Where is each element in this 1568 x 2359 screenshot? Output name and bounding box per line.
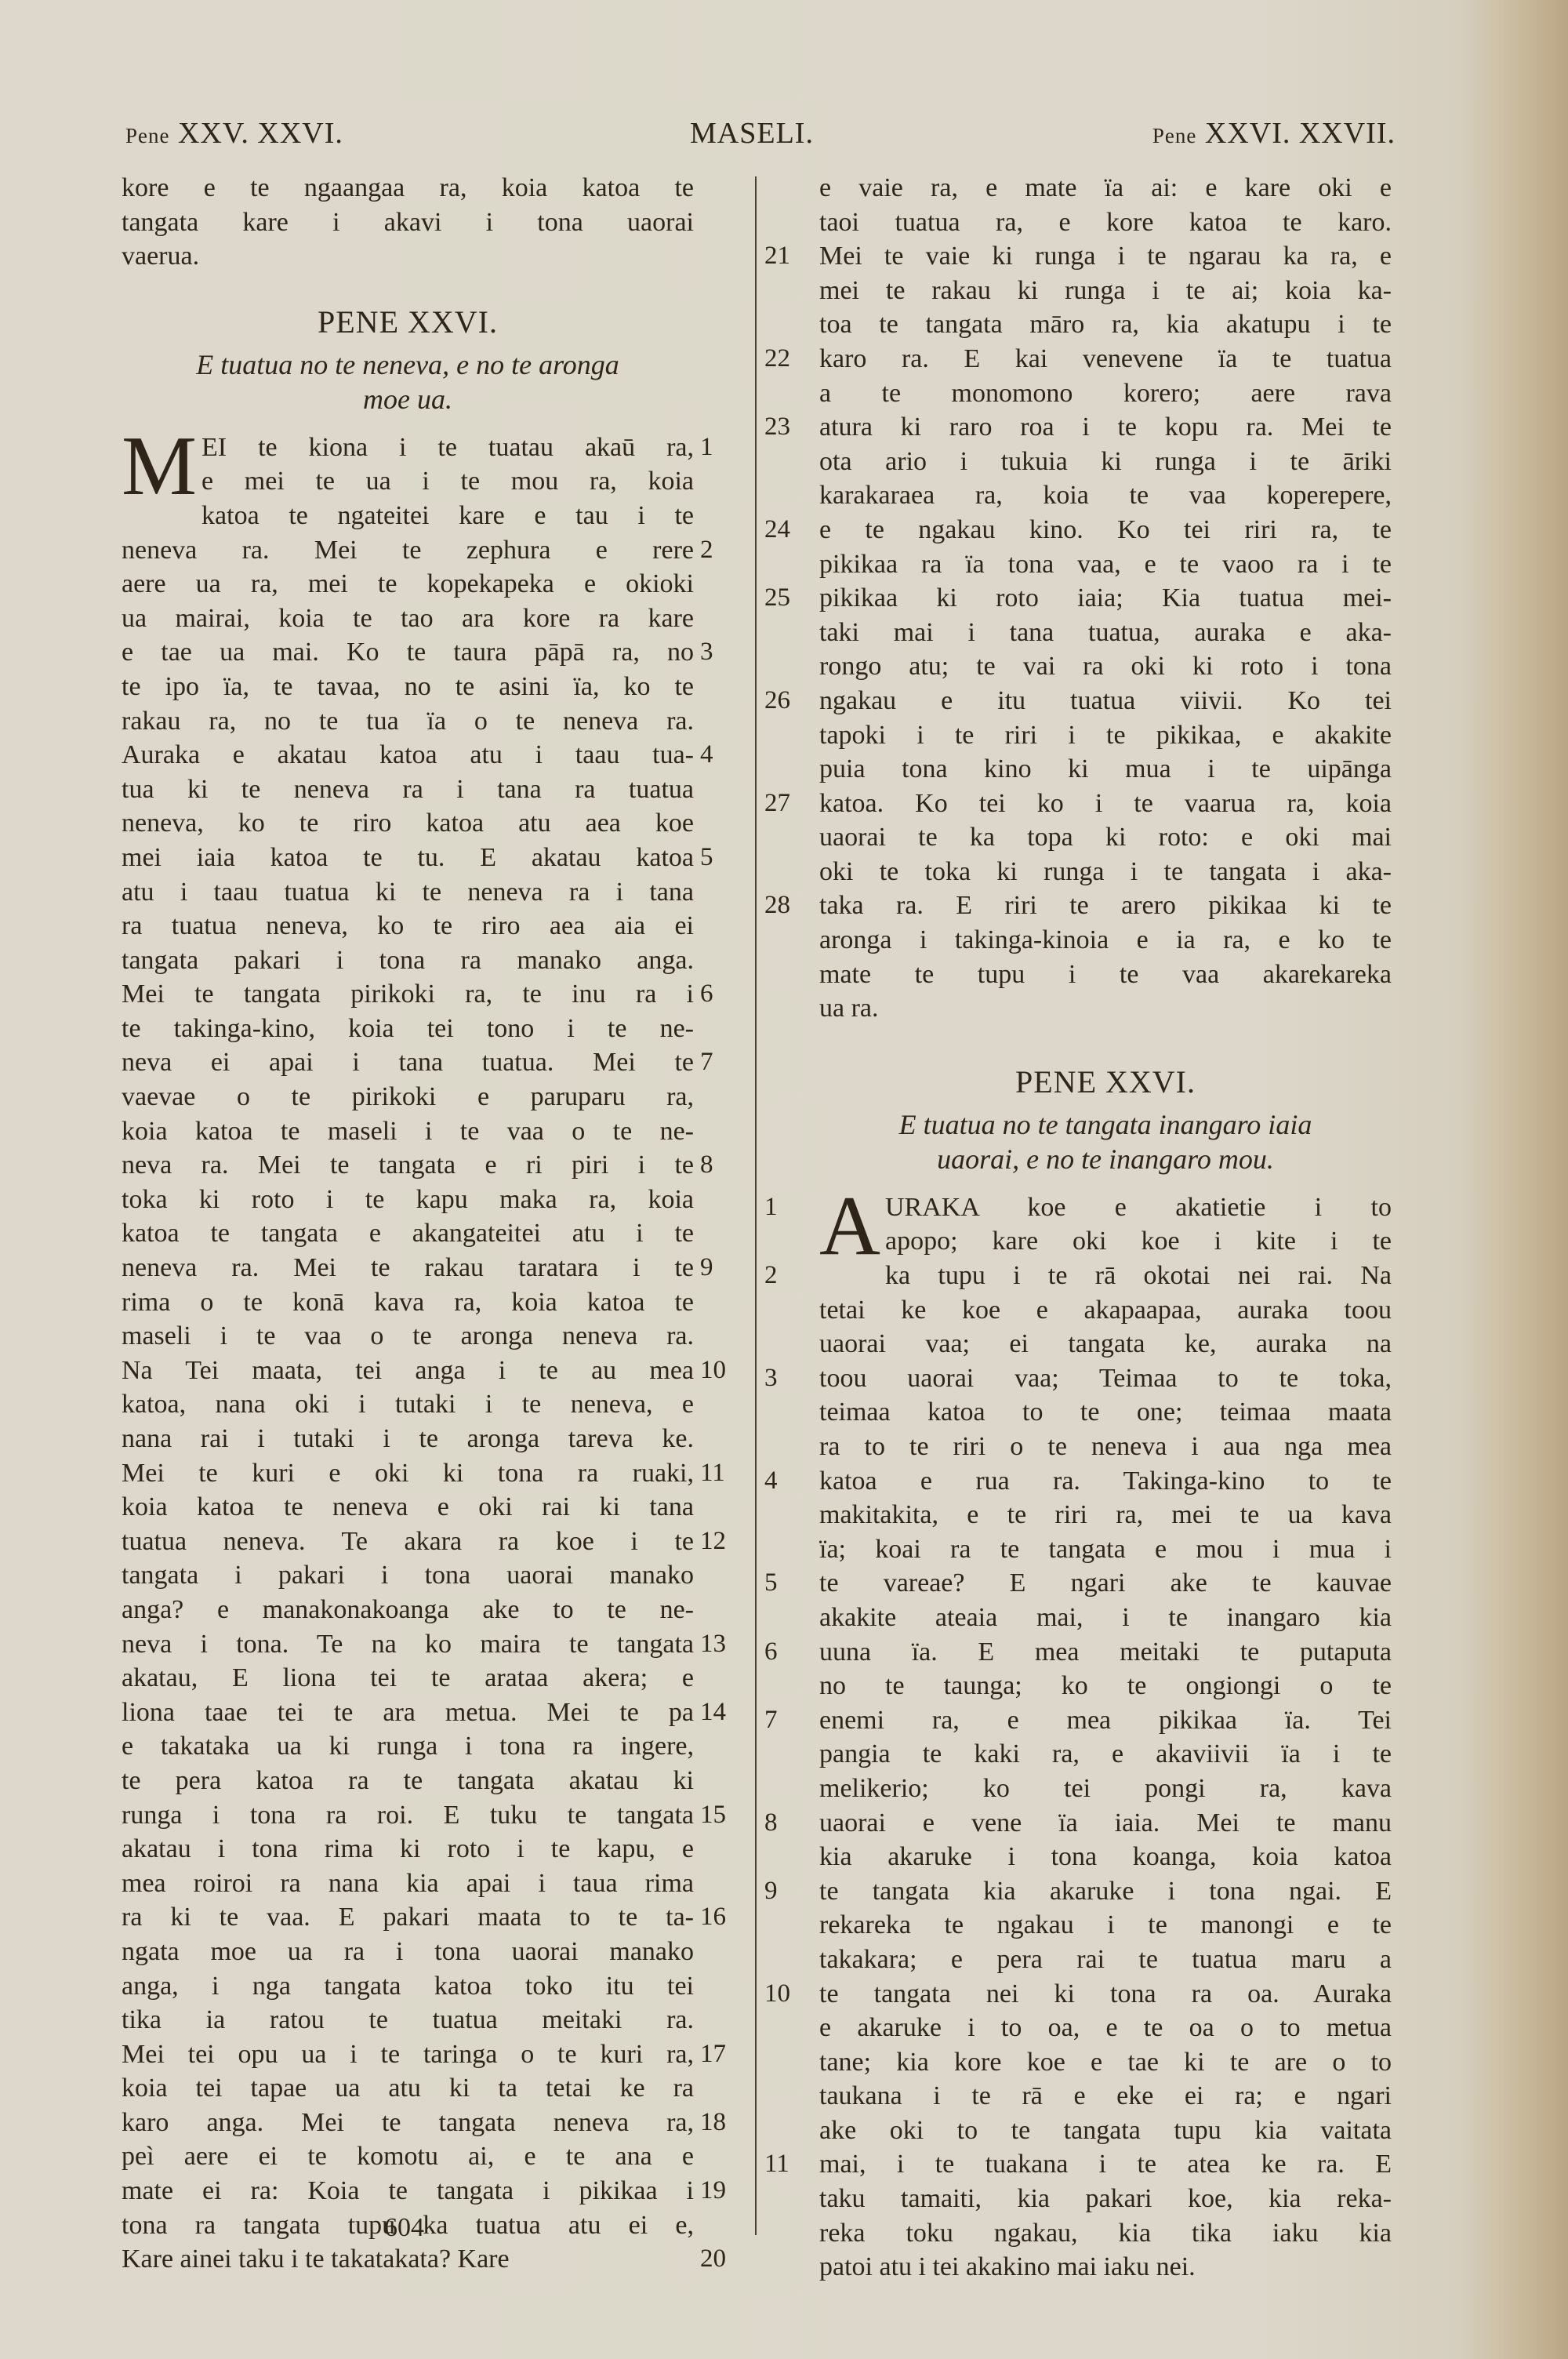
- line-text: melikerio; ko tei pongi ra, kava: [819, 1774, 1392, 1803]
- text-line: neva ei apai i tana tuatua. Mei te7: [122, 1045, 694, 1080]
- line-text: ua ra.: [819, 994, 879, 1023]
- text-line: EI te kiona i te tuatau akaū ra,1: [122, 431, 694, 465]
- text-line: taoi tuatua ra, e kore katoa te karo.: [819, 205, 1392, 240]
- line-text: ota ario i tukuia ki runga i te āriki: [819, 447, 1392, 476]
- verse-number: 6: [764, 1635, 811, 1670]
- text-line: e mei te ua i te mou ra, koia: [122, 464, 694, 499]
- line-text: pangia te kaki ra, e akaviivii ïa i te: [819, 1739, 1392, 1768]
- text-line: taukana i te rā e eke ei ra; e ngari: [819, 2079, 1392, 2114]
- line-text: koia katoa te maseli i te vaa o te ne-: [122, 1117, 694, 1146]
- line-text: akatau, E liona tei te arataa akera; e: [122, 1663, 694, 1692]
- text-line: patoi atu i tei akakino mai iaku nei.: [819, 2250, 1392, 2284]
- line-text: e mei te ua i te mou ra, koia: [201, 467, 694, 496]
- text-line: ngata moe ua ra i tona uaorai manako: [122, 1935, 694, 1969]
- text-line: e tae ua mai. Ko te taura pāpā ra, no3: [122, 635, 694, 670]
- text-line: neneva ra. Mei te zephura e rere2: [122, 533, 694, 568]
- verse-number: 22: [764, 342, 811, 376]
- text-line: tika ia ratou te tuatua meitaki ra.: [122, 2003, 694, 2037]
- text-line: pangia te kaki ra, e akaviivii ïa i te: [819, 1737, 1392, 1772]
- text-line: toou uaorai vaa; Teimaa to te toka,3: [819, 1361, 1392, 1396]
- text-line: toa te tangata māro ra, kia akatupu i te: [819, 307, 1392, 342]
- text-line: tapoki i te riri i te pikikaa, e akakite: [819, 718, 1392, 753]
- chapter-summary-line: moe ua.: [122, 382, 694, 416]
- chapter-body: AURAKA koe e akatietie i to1apopo; kare …: [819, 1190, 1392, 2284]
- text-line: mate te tupu i te vaa akarekareka: [819, 958, 1392, 992]
- text-line: URAKA koe e akatietie i to1: [819, 1190, 1392, 1225]
- line-text: anga, i nga tangata katoa toko itu tei: [122, 1972, 694, 2001]
- line-text: katoa te tangata e akangateitei atu i te: [122, 1219, 694, 1248]
- line-text: oki te toka ki runga i te tangata i aka-: [819, 857, 1392, 886]
- line-text: koia katoa te neneva e oki rai ki tana: [122, 1492, 694, 1521]
- text-line: katoa. Ko tei ko i te vaarua ra, koia27: [819, 787, 1392, 821]
- verse-number: 21: [764, 239, 811, 274]
- line-text: Mei te kuri e oki ki tona ra ruaki,: [122, 1459, 694, 1488]
- verse-number: 11: [700, 1456, 747, 1491]
- line-text: akatau i tona rima ki roto i te kapu, e: [122, 1834, 694, 1863]
- text-line: neva ra. Mei te tangata e ri piri i te8: [122, 1148, 694, 1183]
- verse-number: 12: [700, 1525, 747, 1559]
- line-text: tua ki te neneva ra i tana ra tuatua: [122, 775, 694, 804]
- line-text: a te monomono korero; aere rava: [819, 379, 1392, 408]
- line-text: ra to te riri o te neneva i aua nga mea: [819, 1432, 1392, 1461]
- line-text: taka ra. E riri te arero pikikaa ki te: [819, 891, 1392, 920]
- text-line: Na Tei maata, tei anga i te au mea10: [122, 1354, 694, 1388]
- line-text: te tangata kia akaruke i tona ngai. E: [819, 1877, 1392, 1906]
- text-line: neva i tona. Te na ko maira te tangata13: [122, 1627, 694, 1662]
- line-text: katoa e rua ra. Takinga-kino to te: [819, 1467, 1392, 1496]
- line-text: puia tona kino ki mua i te uipānga: [819, 754, 1392, 783]
- text-line: tangata i pakari i tona uaorai manako: [122, 1558, 694, 1593]
- line-text: ra tuatua neneva, ko te riro aea aia ei: [122, 911, 694, 940]
- text-line: vaevae o te pirikoki e paruparu ra,: [122, 1080, 694, 1114]
- verse-number: 9: [700, 1251, 747, 1285]
- left-column: kore e te ngaangaa ra, koia katoa tetang…: [122, 171, 694, 2277]
- line-text: tangata pakari i tona ra manako anga.: [122, 946, 694, 975]
- text-line: reka toku ngakau, kia tika iaku kia: [819, 2216, 1392, 2251]
- text-line: neneva, ko te riro katoa atu aea koe: [122, 806, 694, 841]
- text-line: a te monomono korero; aere rava: [819, 376, 1392, 411]
- verse-number: 2: [700, 533, 747, 568]
- line-text: pikikaa ki roto iaia; Kia tuatua mei-: [819, 583, 1392, 612]
- verse-number: 27: [764, 787, 811, 821]
- verse-number: 13: [700, 1627, 747, 1662]
- line-text: vaevae o te pirikoki e paruparu ra,: [122, 1082, 694, 1111]
- line-text: mate te tupu i te vaa akarekareka: [819, 960, 1392, 989]
- text-line: melikerio; ko tei pongi ra, kava: [819, 1772, 1392, 1806]
- line-text: uuna ïa. E mea meitaki te putaputa: [819, 1637, 1392, 1667]
- line-text: katoa. Ko tei ko i te vaarua ra, koia: [819, 789, 1392, 818]
- line-text: tuatua neneva. Te akara ra koe i te: [122, 1527, 694, 1556]
- text-line: neneva ra. Mei te rakau taratara i te9: [122, 1251, 694, 1285]
- verse-number: 4: [700, 738, 747, 772]
- line-text: takakara; e pera rai te tuatua maru a: [819, 1945, 1392, 1974]
- line-text: pikikaa ra ïa tona vaa, e te vaoo ra i t…: [819, 550, 1392, 579]
- verse-number: 17: [700, 2037, 747, 2072]
- text-line: tetai ke koe e akapaapaa, auraka toou: [819, 1293, 1392, 1328]
- text-line: oki te toka ki runga i te tangata i aka-: [819, 855, 1392, 889]
- text-line: ake oki to te tangata tupu kia vaitata: [819, 2114, 1392, 2148]
- line-text: taku tamaiti, kia pakari koe, kia reka-: [819, 2184, 1392, 2213]
- text-line: aere ua ra, mei te kopekapeka e okioki: [122, 567, 694, 602]
- running-head-left: Pene XXV. XXVI.: [125, 116, 343, 151]
- line-text: toou uaorai vaa; Teimaa to te toka,: [819, 1364, 1392, 1393]
- running-head: Pene XXV. XXVI. MASELI. Pene XXVI. XXVII…: [125, 116, 1396, 155]
- chapter-summary: E tuatua no te neneva, e no te arongamoe…: [122, 347, 694, 416]
- text-line: koia katoa te maseli i te vaa o te ne-: [122, 1114, 694, 1149]
- line-text: tika ia ratou te tuatua meitaki ra.: [122, 2005, 694, 2034]
- text-line: uaorai vaa; ei tangata ke, auraka na: [819, 1327, 1392, 1361]
- text-line: ïa; koai ra te tangata e mou i mua i: [819, 1532, 1392, 1567]
- line-text: toka ki roto i te kapu maka ra, koia: [122, 1185, 694, 1214]
- text-line: Mei te vaie ki runga i te ngarau ka ra, …: [819, 239, 1392, 274]
- line-text: tapoki i te riri i te pikikaa, e akakite: [819, 721, 1392, 750]
- verse-number: 26: [764, 684, 811, 718]
- line-text: katoa, nana oki i tutaki i te neneva, e: [122, 1390, 694, 1419]
- line-text: aere ua ra, mei te kopekapeka e okioki: [122, 569, 694, 598]
- line-text: Auraka e akatau katoa atu i taau tua-: [122, 740, 694, 769]
- line-text: rakau ra, no te tua ïa o te neneva ra.: [122, 707, 694, 736]
- text-line: taki mai i tana tuatua, auraka e aka-: [819, 616, 1392, 650]
- text-line: karo anga. Mei te tangata neneva ra,18: [122, 2106, 694, 2140]
- verse-number: 6: [700, 977, 747, 1012]
- text-line: pikikaa ra ïa tona vaa, e te vaoo ra i t…: [819, 547, 1392, 582]
- line-text: URAKA koe e akatietie i to: [885, 1193, 1392, 1222]
- line-text: Na Tei maata, tei anga i te au mea: [122, 1356, 694, 1385]
- chapter-summary-line: uaorai, e no te inangaro mou.: [819, 1142, 1392, 1176]
- verse-number: 5: [700, 841, 747, 875]
- text-line: apopo; kare oki koe i kite i te: [819, 1224, 1392, 1259]
- text-line: mei te rakau ki runga i te ai; koia ka-: [819, 274, 1392, 308]
- line-text: EI te kiona i te tuatau akaū ra,: [201, 433, 694, 462]
- line-text: atu i taau tuatua ki te neneva ra i tana: [122, 878, 694, 907]
- text-line: mei iaia katoa te tu. E akatau katoa5: [122, 841, 694, 875]
- text-line: tuatua neneva. Te akara ra koe i te12: [122, 1525, 694, 1559]
- line-text: reka toku ngakau, kia tika iaku kia: [819, 2219, 1392, 2248]
- line-text: tangata i pakari i tona uaorai manako: [122, 1561, 694, 1590]
- line-text: tetai ke koe e akapaapaa, auraka toou: [819, 1296, 1392, 1325]
- text-line: rima o te konā kava ra, koia katoa te: [122, 1285, 694, 1320]
- text-line: koia katoa te neneva e oki rai ki tana: [122, 1490, 694, 1525]
- line-text: e akaruke i to oa, e te oa o to metua: [819, 2013, 1392, 2042]
- line-text: ka tupu i te rā okotai nei rai. Na: [885, 1261, 1392, 1290]
- chapter-body: MEI te kiona i te tuatau akaū ra,1e mei …: [122, 431, 694, 2277]
- verse-number: 10: [764, 1977, 811, 2012]
- text-line: taka ra. E riri te arero pikikaa ki te28: [819, 889, 1392, 923]
- line-text: te vareae? E ngari ake te kauvae: [819, 1568, 1392, 1598]
- line-text: ngakau e itu tuatua viivii. Ko tei: [819, 686, 1392, 715]
- verse-number: 25: [764, 581, 811, 616]
- text-line: toka ki roto i te kapu maka ra, koia: [122, 1183, 694, 1217]
- text-line: uuna ïa. E mea meitaki te putaputa6: [819, 1635, 1392, 1670]
- verse-number: 20: [700, 2242, 747, 2277]
- verse-number: 16: [700, 1900, 747, 1935]
- text-line: teimaa katoa to te one; teimaa maata: [819, 1395, 1392, 1430]
- line-text: runga i tona ra roi. E tuku te tangata: [122, 1801, 694, 1830]
- line-text: tane; kia kore koe e tae ki te are o to: [819, 2048, 1392, 2077]
- text-line: e akaruke i to oa, e te oa o to metua: [819, 2011, 1392, 2045]
- line-text: apopo; kare oki koe i kite i te: [885, 1227, 1392, 1256]
- verse-number: 2: [764, 1259, 811, 1293]
- verse-number: 28: [764, 889, 811, 923]
- line-text: ua mairai, koia te tao ara kore ra kare: [122, 604, 694, 633]
- verse-number: 11: [764, 2147, 811, 2182]
- text-line: pikikaa ki roto iaia; Kia tuatua mei-25: [819, 581, 1392, 616]
- text-line: tane; kia kore koe e tae ki te are o to: [819, 2045, 1392, 2080]
- line-text: Mei te tangata pirikoki ra, te inu ra i: [122, 980, 694, 1009]
- text-line: Mei tei opu ua i te taringa o te kuri ra…: [122, 2037, 694, 2072]
- text-line: enemi ra, e mea pikikaa ïa. Tei7: [819, 1703, 1392, 1738]
- line-text: nana rai i tutaki i te aronga tareva ke.: [122, 1424, 694, 1453]
- text-line: ngakau e itu tuatua viivii. Ko tei26: [819, 684, 1392, 718]
- text-line: te ipo ïa, te tavaa, no te asini ïa, ko …: [122, 670, 694, 704]
- line-text: mea roiroi ra nana kia apai i taua rima: [122, 1869, 694, 1898]
- line-text: Mei tei opu ua i te taringa o te kuri ra…: [122, 2040, 694, 2069]
- text-line: rekareka te ngakau i te manongi e te: [819, 1908, 1392, 1943]
- page-number: 604: [384, 2213, 424, 2243]
- verse-number: 19: [700, 2174, 747, 2208]
- text-line: katoa te ngateitei kare e tau i te: [122, 499, 694, 533]
- text-line: ua mairai, koia te tao ara kore ra kare: [122, 602, 694, 636]
- line-text: mai, i te tuakana i te atea ke ra. E: [819, 2150, 1392, 2179]
- right-column: e vaie ra, e mate ïa ai: e kare oki etao…: [819, 171, 1392, 2284]
- line-text: taoi tuatua ra, e kore katoa te karo.: [819, 208, 1392, 237]
- line-text: karo ra. E kai venevene ïa te tuatua: [819, 344, 1392, 373]
- text-line: e takataka ua ki runga i tona ra ingere,: [122, 1729, 694, 1764]
- line-text: no te taunga; ko te ongiongi o te: [819, 1671, 1392, 1700]
- line-text: liona taae tei te ara metua. Mei te pa: [122, 1698, 694, 1727]
- line-text: taukana i te rā e eke ei ra; e ngari: [819, 2081, 1392, 2110]
- text-line: ra to te riri o te neneva i aua nga mea: [819, 1430, 1392, 1464]
- text-line: taku tamaiti, kia pakari koe, kia reka-: [819, 2182, 1392, 2216]
- line-text: ra ki te vaa. E pakari maata to te ta-: [122, 1903, 694, 1932]
- text-line: anga, i nga tangata katoa toko itu tei: [122, 1969, 694, 2004]
- text-line: nana rai i tutaki i te aronga tareva ke.: [122, 1422, 694, 1456]
- text-line: takakara; e pera rai te tuatua maru a: [819, 1943, 1392, 1977]
- verse-number: 10: [700, 1354, 747, 1388]
- verse-number: 1: [700, 431, 747, 465]
- text-line: Kare ainei taku i te takatakata? Kare20: [122, 2242, 694, 2277]
- text-line: ra tuatua neneva, ko te riro aea aia ei: [122, 909, 694, 943]
- verse-number: 14: [700, 1696, 747, 1730]
- line-text: mei iaia katoa te tu. E akatau katoa: [122, 843, 694, 872]
- line-text: te ipo ïa, te tavaa, no te asini ïa, ko …: [122, 672, 694, 701]
- chapter-title: PENE XXVI.: [122, 297, 694, 347]
- chapter-summary: E tuatua no te tangata inangaro iaiauaor…: [819, 1107, 1392, 1176]
- line-text: teimaa katoa to te one; teimaa maata: [819, 1398, 1392, 1427]
- text-line: akatau, E liona tei te arataa akera; e: [122, 1661, 694, 1696]
- line-text: anga? e manakonakoanga ake to te ne-: [122, 1595, 694, 1624]
- text-line: e vaie ra, e mate ïa ai: e kare oki e: [819, 171, 1392, 205]
- text-line: maseli i te vaa o te aronga neneva ra.: [122, 1319, 694, 1354]
- line-text: ïa; koai ra te tangata e mou i mua i: [819, 1535, 1392, 1564]
- text-line: ua ra.: [819, 991, 1392, 1026]
- text-line: rongo atu; te vai ra oki ki roto i tona: [819, 649, 1392, 684]
- chapter-title: PENE XXVI.: [819, 1057, 1392, 1107]
- verse-number: 9: [764, 1874, 811, 1909]
- text-line: atura ki raro roa i te kopu ra. Mei te23: [819, 410, 1392, 445]
- text-line: karo ra. E kai venevene ïa te tuatua22: [819, 342, 1392, 376]
- chapter-summary-line: E tuatua no te neneva, e no te aronga: [122, 347, 694, 382]
- line-text: ake oki to te tangata tupu kia vaitata: [819, 2116, 1392, 2145]
- line-text: e takataka ua ki runga i tona ra ingere,: [122, 1732, 694, 1761]
- verse-number: 1: [764, 1190, 811, 1225]
- text-line: e te ngakau kino. Ko tei riri ra, te24: [819, 513, 1392, 547]
- line-text: rekareka te ngakau i te manongi e te: [819, 1910, 1392, 1939]
- line-text: neneva ra. Mei te zephura e rere: [122, 536, 694, 565]
- text-line: kia akaruke i tona koanga, koia katoa: [819, 1840, 1392, 1874]
- line-text: mate ei ra: Koia te tangata i pikikaa i: [122, 2176, 694, 2205]
- verse-number: 4: [764, 1464, 811, 1499]
- text-line: te tangata nei ki tona ra oa. Auraka10: [819, 1977, 1392, 2012]
- line-text: karo anga. Mei te tangata neneva ra,: [122, 2108, 694, 2137]
- text-line: karakaraea ra, koia te vaa koperepere,: [819, 478, 1392, 513]
- text-line: mea roiroi ra nana kia apai i taua rima: [122, 1866, 694, 1901]
- text-line: uaorai e vene ïa iaia. Mei te manu8: [819, 1806, 1392, 1841]
- chapter-summary-line: E tuatua no te tangata inangaro iaia: [819, 1107, 1392, 1142]
- line-text: katoa te ngateitei kare e tau i te: [201, 501, 694, 530]
- line-text: e vaie ra, e mate ïa ai: e kare oki e: [819, 173, 1392, 202]
- verse-number: 8: [764, 1806, 811, 1841]
- text-line: te pera katoa ra te tangata akatau ki: [122, 1764, 694, 1798]
- text-line: rakau ra, no te tua ïa o te neneva ra.: [122, 704, 694, 739]
- verse-number: 24: [764, 513, 811, 547]
- line-text: ngata moe ua ra i tona uaorai manako: [122, 1937, 694, 1966]
- text-line: tua ki te neneva ra i tana ra tuatua: [122, 772, 694, 807]
- text-line: Auraka e akatau katoa atu i taau tua-4: [122, 738, 694, 772]
- text-line: mate ei ra: Koia te tangata i pikikaa i1…: [122, 2174, 694, 2208]
- line-text: koia tei tapae ua atu ki ta tetai ke ra: [122, 2074, 694, 2103]
- line-text: neneva, ko te riro katoa atu aea koe: [122, 809, 694, 838]
- line-text: te tangata nei ki tona ra oa. Auraka: [819, 1979, 1392, 2008]
- verse-number: 15: [700, 1798, 747, 1833]
- line-text: te pera katoa ra te tangata akatau ki: [122, 1766, 694, 1795]
- verse-number: 3: [700, 635, 747, 670]
- line-text: rongo atu; te vai ra oki ki roto i tona: [819, 652, 1392, 681]
- line-text: Mei te vaie ki runga i te ngarau ka ra, …: [819, 242, 1392, 271]
- line-text: e tae ua mai. Ko te taura pāpā ra, no: [122, 638, 694, 667]
- text-line: aronga i takinga-kinoia e ia ra, e ko te: [819, 923, 1392, 958]
- line-text: taki mai i tana tuatua, auraka e aka-: [819, 618, 1392, 647]
- line-text: neva i tona. Te na ko maira te tangata: [122, 1630, 694, 1659]
- text-line: vaerua.: [122, 239, 694, 274]
- text-line: tangata pakari i tona ra manako anga.: [122, 943, 694, 978]
- line-text: karakaraea ra, koia te vaa koperepere,: [819, 481, 1392, 510]
- text-line: akakite ateaia mai, i te inangaro kia: [819, 1601, 1392, 1635]
- line-text: uaorai e vene ïa iaia. Mei te manu: [819, 1808, 1392, 1837]
- text-line: Mei te tangata pirikoki ra, te inu ra i6: [122, 977, 694, 1012]
- line-text: toa te tangata māro ra, kia akatupu i te: [819, 310, 1392, 339]
- running-head-book-title: MASELI.: [690, 116, 814, 151]
- text-line: atu i taau tuatua ki te neneva ra i tana: [122, 875, 694, 910]
- text-line: makitakita, e te riri ra, mei te ua kava: [819, 1498, 1392, 1532]
- line-text: uaorai te ka topa ki roto: e oki mai: [819, 823, 1392, 852]
- line-text: atura ki raro roa i te kopu ra. Mei te: [819, 413, 1392, 442]
- verse-number: 18: [700, 2106, 747, 2140]
- text-line: peì aere ei te komotu ai, e te ana e: [122, 2139, 694, 2174]
- text-line: te vareae? E ngari ake te kauvae5: [819, 1566, 1392, 1601]
- line-text: makitakita, e te riri ra, mei te ua kava: [819, 1500, 1392, 1529]
- line-text: peì aere ei te komotu ai, e te ana e: [122, 2142, 694, 2171]
- line-text: neva ei apai i tana tuatua. Mei te: [122, 1048, 694, 1077]
- book-page: Pene XXV. XXVI. MASELI. Pene XXVI. XXVII…: [0, 0, 1568, 2359]
- verse-number: 3: [764, 1361, 811, 1396]
- text-line: ota ario i tukuia ki runga i te āriki: [819, 445, 1392, 479]
- text-line: katoa te tangata e akangateitei atu i te: [122, 1216, 694, 1251]
- text-line: kore e te ngaangaa ra, koia katoa te: [122, 171, 694, 205]
- verse-number: 8: [700, 1148, 747, 1183]
- text-line: puia tona kino ki mua i te uipānga: [819, 752, 1392, 787]
- text-line: runga i tona ra roi. E tuku te tangata15: [122, 1798, 694, 1833]
- verse-number: 23: [764, 410, 811, 445]
- line-text: mei te rakau ki runga i te ai; koia ka-: [819, 276, 1392, 305]
- verse-number: 5: [764, 1566, 811, 1601]
- line-text: Kare ainei taku i te takatakata? Kare: [122, 2245, 510, 2274]
- text-line: uaorai te ka topa ki roto: e oki mai: [819, 820, 1392, 855]
- text-line: katoa e rua ra. Takinga-kino to te4: [819, 1464, 1392, 1499]
- line-text: e te ngakau kino. Ko tei riri ra, te: [819, 515, 1392, 544]
- line-text: akakite ateaia mai, i te inangaro kia: [819, 1603, 1392, 1632]
- line-text: rima o te konā kava ra, koia katoa te: [122, 1288, 694, 1317]
- line-text: neneva ra. Mei te rakau taratara i te: [122, 1253, 694, 1282]
- running-head-right: Pene XXVI. XXVII.: [1152, 116, 1396, 151]
- line-text: maseli i te vaa o te aronga neneva ra.: [122, 1321, 694, 1350]
- text-line: mai, i te tuakana i te atea ke ra. E11: [819, 2147, 1392, 2182]
- line-text: te takinga-kino, koia tei tono i te ne-: [122, 1014, 694, 1043]
- line-text: patoi atu i tei akakino mai iaku nei.: [819, 2252, 1196, 2281]
- text-line: ka tupu i te rā okotai nei rai. Na2: [819, 1259, 1392, 1293]
- text-line: no te taunga; ko te ongiongi o te: [819, 1669, 1392, 1703]
- text-line: anga? e manakonakoanga ake to te ne-: [122, 1593, 694, 1627]
- text-line: te tangata kia akaruke i tona ngai. E9: [819, 1874, 1392, 1909]
- text-line: tangata kare i akavi i tona uaorai: [122, 205, 694, 240]
- text-line: akatau i tona rima ki roto i te kapu, e: [122, 1832, 694, 1866]
- line-text: neva ra. Mei te tangata e ri piri i te: [122, 1150, 694, 1179]
- verse-number: 7: [764, 1703, 811, 1738]
- text-line: liona taae tei te ara metua. Mei te pa14: [122, 1696, 694, 1730]
- text-line: Mei te kuri e oki ki tona ra ruaki,11: [122, 1456, 694, 1491]
- text-line: te takinga-kino, koia tei tono i te ne-: [122, 1012, 694, 1046]
- verse-number: 7: [700, 1045, 747, 1080]
- line-text: enemi ra, e mea pikikaa ïa. Tei: [819, 1706, 1392, 1735]
- line-text: kia akaruke i tona koanga, koia katoa: [819, 1842, 1392, 1871]
- column-divider: [755, 176, 757, 2235]
- text-line: ra ki te vaa. E pakari maata to te ta-16: [122, 1900, 694, 1935]
- line-text: uaorai vaa; ei tangata ke, auraka na: [819, 1329, 1392, 1358]
- text-line: katoa, nana oki i tutaki i te neneva, e: [122, 1387, 694, 1422]
- line-text: aronga i takinga-kinoia e ia ra, e ko te: [819, 925, 1392, 954]
- text-line: koia tei tapae ua atu ki ta tetai ke ra: [122, 2071, 694, 2106]
